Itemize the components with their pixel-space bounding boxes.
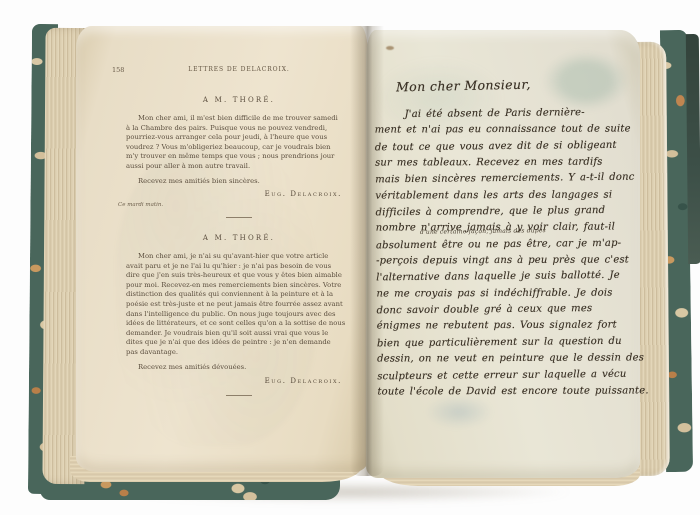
printed-line: avait paru et je ne l'ai lu qu'hier : je… (126, 262, 356, 272)
printed-line: poésie est très-juste et ne peut jamais … (126, 300, 356, 310)
manuscript-salutation: Mon cher Monsieur, (396, 77, 531, 95)
letter1-closing: Recevez mes amitiés bien sincères. (138, 177, 260, 185)
handwritten-line: toute l'école de David est encore toute … (377, 383, 635, 400)
printed-line: distinction des qualités qui conviennent… (126, 290, 356, 300)
right-manuscript-page: Mon cher Monsieur, J'ai été absent de Pa… (366, 30, 640, 478)
printed-line: pourriez-vous arranger cela pour jeudi, … (126, 133, 356, 143)
handwritten-line: de tout ce que vous avez dit de si oblig… (375, 137, 633, 156)
handwritten-line: véritablement dans les arts des langages… (375, 187, 633, 204)
spine-edge (686, 34, 700, 264)
letter1-body: Mon cher ami, il m'est bien difficile de… (126, 114, 356, 172)
letter2-signature: Eug. Delacroix. (126, 377, 342, 385)
left-page: 158 LETTRES DE DELACROIX. A M. THORÉ. Mo… (76, 26, 368, 472)
printed-line: dites que je n'ai que des idées de peint… (126, 338, 356, 348)
running-header: LETTRES DE DELACROIX. (126, 66, 352, 73)
letter1-heading: A M. THORÉ. (126, 96, 352, 104)
handwritten-line: dessin, on ne veut en peinture que le de… (377, 351, 635, 368)
letter2-closing: Recevez mes amitiés dévouées. (138, 363, 246, 371)
printed-line: pas davantage. (126, 348, 356, 358)
brown-speck (386, 46, 394, 50)
printed-line: à la Chambre des pairs. Puisque vous ne … (126, 124, 356, 134)
handwritten-line: sculpteurs et cette erreur sur laquelle … (377, 366, 635, 385)
handwritten-line: sur mes tableaux. Recevez en mes tardifs (375, 154, 633, 171)
letter1-dateline: Ce mardi matin. (118, 202, 163, 208)
handwritten-line: absolument être ou ne pas être, car je m… (376, 235, 634, 254)
printed-line: Mon cher ami, je n'ai su qu'avant-hier q… (126, 252, 356, 262)
gutter-shadow (350, 26, 384, 476)
letter2-body: Mon cher ami, je n'ai su qu'avant-hier q… (126, 252, 356, 358)
handwritten-line: -perçois depuis vingt ans à peu près que… (376, 253, 634, 270)
section-divider-rule (126, 395, 352, 396)
printed-line: aussi pour aller à mon autre travail. (126, 162, 356, 172)
printed-line: idées de littérateurs, et ce sont celles… (126, 319, 356, 329)
handwritten-line: ment et n'ai pas eu connaissance tout de… (375, 122, 633, 139)
printed-line: voudrez ? Vous m'obligeriez beaucoup, ca… (126, 143, 356, 153)
book-photo: 158 LETTRES DE DELACROIX. A M. THORÉ. Mo… (0, 0, 700, 515)
handwritten-line: énigmes ne rebutent pas. Vous signalez f… (377, 318, 635, 335)
printed-line: dans l'intelligence du public. On nous j… (126, 310, 356, 320)
section-divider-rule (126, 217, 352, 218)
printed-line: dire que j'en suis très-heureux et que v… (126, 271, 356, 281)
printed-line: Mon cher ami, il m'est bien difficile de… (126, 114, 356, 124)
handwritten-line: l'alternative dans laquelle je suis ball… (376, 268, 634, 287)
manuscript-body: J'ai été absent de Paris dernière- ment … (374, 105, 635, 402)
handwritten-line: ne me croyais pas si indéchiffrable. Je … (376, 285, 634, 302)
printed-line: m'y trouver en même temps que vous ; nou… (126, 152, 356, 162)
printed-line: pour moi. Recevez-en mes remerciements b… (126, 281, 356, 291)
letter2-heading: A M. THORÉ. (126, 234, 352, 242)
handwritten-line: mais bien sincères remerciements. Y a-t-… (375, 170, 633, 189)
printed-line: demander. Je voudrais bien qu'il soit au… (126, 329, 356, 339)
page-number: 158 (112, 66, 124, 74)
faint-stamp-stain (544, 52, 628, 110)
letter1-signature: Eug. Delacroix. (126, 190, 342, 198)
